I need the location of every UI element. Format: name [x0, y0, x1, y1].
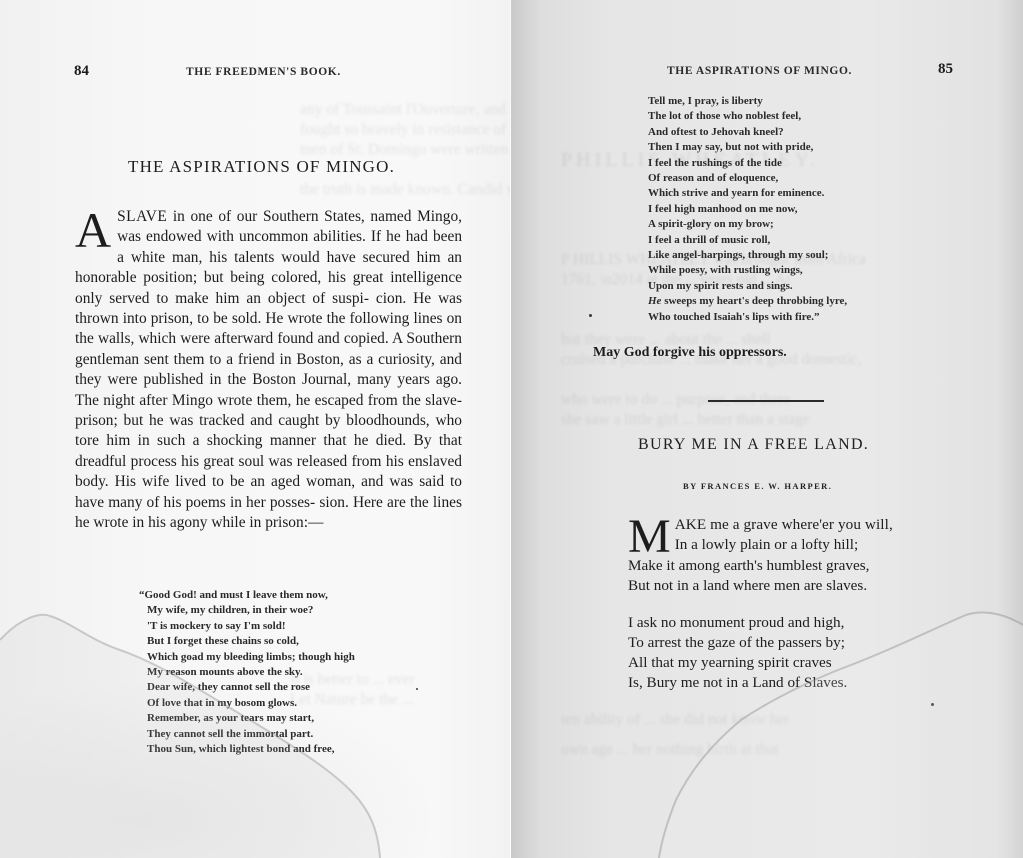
book-spread: any of Toussaint l'Ouverture, and also t… — [0, 0, 1023, 858]
prose-line: in one of our Southern States, named — [167, 208, 411, 225]
bury-me-poem: M AKE me a grave where'er you will, In a… — [628, 515, 869, 694]
poem-line: I feel high manhood on me now, — [648, 202, 847, 217]
stanza-gap — [628, 597, 869, 613]
poem-line: My wife, my children, in their woe? — [147, 603, 355, 618]
mingo-poem-part2: Tell me, I pray, is liberty The lot of t… — [648, 94, 847, 325]
page-number-left: 84 — [74, 63, 89, 80]
bleed-through-text: ten ability of ... she did not know her — [561, 710, 790, 730]
poem-line: Of reason and of eloquence, — [648, 171, 847, 186]
poem-line: Tell me, I pray, is liberty — [648, 94, 847, 109]
poem-line: A spirit-glory on my brow; — [648, 217, 847, 232]
running-head-right: THE ASPIRATIONS OF MINGO. — [667, 65, 852, 77]
poem-line-rest: sweeps my heart's deep throbbing lyre, — [661, 295, 847, 307]
poem-line: Which strive and yearn for eminence. — [648, 186, 847, 201]
italic-word: He — [648, 295, 661, 307]
poem-line: And oftest to Jehovah kneel? — [648, 125, 847, 140]
poem-line: Is, Bury me not in a Land of Slaves. — [628, 673, 869, 693]
drop-cap-a: A — [75, 209, 111, 250]
poem-line: Of love that in my bosom glows. — [147, 696, 355, 711]
poem-line: Remember, as your tears may start, — [147, 711, 355, 726]
mingo-poem-part1: “Good God! and must I leave them now, My… — [147, 588, 355, 757]
poem-line: But I forget these chains so cold, — [147, 634, 355, 649]
closing-line: May God forgive his oppressors. — [593, 345, 787, 361]
running-head-left: THE FREEDMEN'S BOOK. — [186, 66, 341, 78]
poem-line: All that my yearning spirit craves — [628, 653, 869, 673]
poem-line: Then I may say, but not with pride, — [648, 140, 847, 155]
left-page: any of Toussaint l'Ouverture, and also t… — [0, 0, 511, 858]
paper-speck — [931, 703, 934, 706]
right-page: PHILLIS WHEATLEY. P HILLIS WHEATLEY was … — [511, 0, 1023, 858]
section-divider — [708, 400, 824, 402]
poem-line: My reason mounts above the sky. — [147, 665, 355, 680]
page-number-right: 85 — [938, 61, 953, 78]
poem-line-italic-start: He sweeps my heart's deep throbbing lyre… — [648, 294, 847, 309]
paper-speck — [416, 688, 418, 690]
prose-line: in prison:— — [249, 514, 323, 531]
poem-line: Upon my spirit rests and sings. — [648, 279, 847, 294]
poem-line: They cannot sell the immortal part. — [147, 727, 355, 742]
poem-line: Thou Sun, which lightest bond and free, — [147, 742, 355, 757]
poem-line: While poesy, with rustling wings, — [648, 263, 847, 278]
drop-cap-m: M — [628, 518, 671, 556]
article-title-bury-me: BURY ME IN A FREE LAND. — [638, 436, 869, 454]
article-title-mingo: THE ASPIRATIONS OF MINGO. — [128, 157, 395, 177]
bleed-through-text: the truth is made known. Candid will fol… — [300, 180, 511, 200]
byline: BY FRANCES E. W. HARPER. — [683, 481, 832, 491]
poem-line: Make it among earth's humblest graves, — [628, 556, 869, 576]
poem-line: But not in a land where men are slaves. — [628, 576, 869, 596]
poem-line: I ask no monument proud and high, — [628, 613, 869, 633]
bleed-through-text: fought so bravely in resistance of Slave… — [300, 120, 511, 140]
poem-line: 'T is mockery to say I'm sold! — [147, 619, 355, 634]
bleed-through-text: own age ... her nothing birth at that — [561, 740, 779, 760]
poem-line: Which goad my bleeding limbs; though hig… — [147, 650, 355, 665]
poem-line: “Good God! and must I leave them now, — [139, 588, 355, 603]
poem-line: Like angel-harpings, through my soul; — [648, 248, 847, 263]
prose-line: dreadful process his great soul was rele… — [75, 453, 404, 470]
poem-line: Dear wife, they cannot sell the rose — [147, 680, 355, 695]
poem-line: The lot of those who noblest feel, — [648, 109, 847, 124]
poem-line: Who touched Isaiah's lips with fire.” — [648, 310, 847, 325]
bleed-through-text: any of Toussaint l'Ouverture, and also t… — [300, 100, 511, 120]
poem-line: To arrest the gaze of the passers by; — [628, 633, 869, 653]
poem-line: I feel a thrill of music roll, — [648, 233, 847, 248]
poem-line: I feel the rushings of the tide — [648, 156, 847, 171]
prose-line: him in such a shocking manner that he di… — [106, 432, 462, 449]
bleed-through-text: she saw a little girl ... better than a … — [561, 410, 810, 430]
paper-speck — [589, 314, 592, 317]
first-word: SLAVE — [117, 208, 167, 225]
mingo-prose: ASLAVE in one of our Southern States, na… — [75, 207, 462, 534]
